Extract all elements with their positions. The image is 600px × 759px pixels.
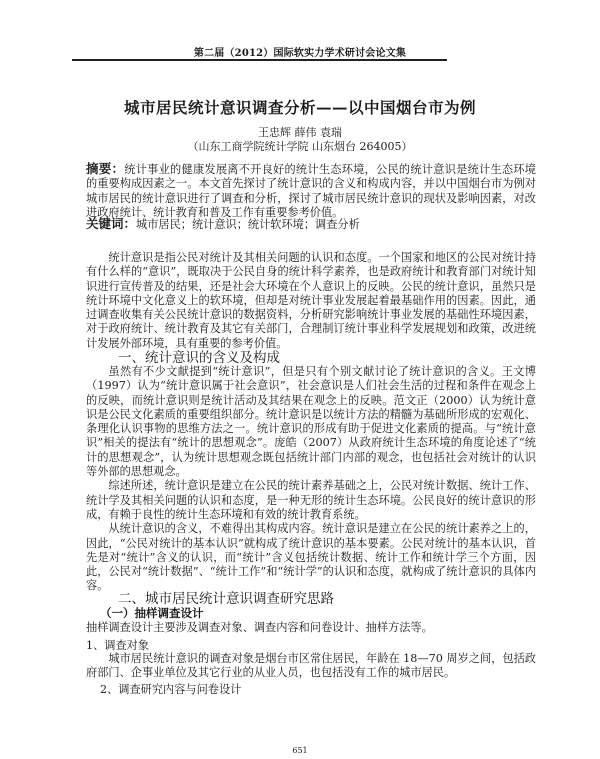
item-1-label: 1、调查对象: [86, 637, 149, 653]
section-2-heading: 二、城市居民统计意识调查研究思路: [118, 587, 334, 607]
section-1-body: 虽然有不少文献提到“统计意识”，但是只有个别文献讨论了统计意识的含义。王文博（1…: [86, 365, 536, 594]
keywords-text: 城市居民；统计意识；统计软环境；调查分析: [136, 218, 360, 231]
page-number: 651: [0, 746, 600, 755]
paragraph: 综述所述，统计意识是建立在公民的统计素养基础之上，公民对统计数据、统计工作、统计…: [86, 479, 536, 522]
affiliation: （山东工商学院统计学院 山东烟台 264005）: [0, 138, 600, 154]
abstract-label: 摘要：: [86, 161, 124, 176]
section-2-intro: 抽样调查设计主要涉及调查对象、调查内容和问卷设计、抽样方法等。: [86, 621, 536, 635]
keywords: 关键词：城市居民；统计意识；统计软环境；调查分析: [86, 217, 536, 232]
header-rule: [72, 59, 447, 61]
paper-title: 城市居民统计意识调查分析——以中国烟台市为例: [0, 96, 600, 118]
running-header: 第二届（2012）国际软实力学术研讨会论文集: [0, 44, 600, 59]
paragraph: 抽样调查设计主要涉及调查对象、调查内容和问卷设计、抽样方法等。: [86, 621, 536, 635]
item-1-body: 城市居民统计意识的调查对象是烟台市区常住居民，年龄在 18—70 周岁之间，包括…: [86, 652, 536, 681]
section-1-heading: 一、统计意识的含义及构成: [118, 346, 280, 366]
paragraph: 城市居民统计意识的调查对象是烟台市区常住居民，年龄在 18—70 周岁之间，包括…: [86, 652, 536, 681]
keywords-label: 关键词：: [86, 216, 136, 231]
item-2-label: 2、调查研究内容与问卷设计: [100, 681, 241, 697]
intro-section: 统计意识是指公民对统计及其相关问题的认识和态度。一个国家和地区的公民对统计持有什…: [86, 251, 536, 351]
intro-paragraph: 统计意识是指公民对统计及其相关问题的认识和态度。一个国家和地区的公民对统计持有什…: [86, 251, 536, 351]
abstract: 摘要：统计事业的健康发展离不开良好的统计生态环境，公民的统计意识是统计生态环境的…: [86, 162, 536, 220]
paragraph: 虽然有不少文献提到“统计意识”，但是只有个别文献讨论了统计意识的含义。王文博（1…: [86, 365, 536, 479]
subsection-heading: （一）抽样调查设计: [100, 605, 204, 621]
abstract-text: 统计事业的健康发展离不开良好的统计生态环境，公民的统计意识是统计生态环境的重要构…: [86, 163, 536, 219]
paragraph: 从统计意识的含义，不难得出其构成内容。统计意识是建立在公民的统计素养之上的，因此…: [86, 522, 536, 593]
